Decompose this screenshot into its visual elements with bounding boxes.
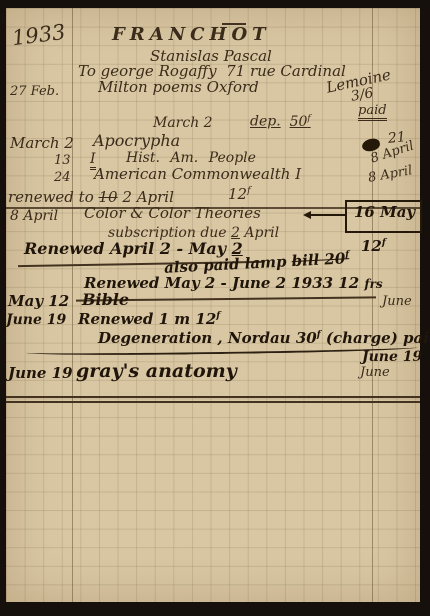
deposit-label: dep.	[250, 114, 281, 130]
entry-return-date: June	[382, 295, 412, 309]
scanned-library-card-photo: 1933 FRANCHOT Stanislas Pascal To george…	[0, 0, 430, 616]
struck-text: bill 20f	[291, 249, 350, 270]
entry-title: gray's anatomy	[76, 362, 237, 382]
library-card: 1933 FRANCHOT Stanislas Pascal To george…	[6, 8, 420, 602]
renewal-amount: 12f	[361, 238, 386, 255]
hand-drawn-line	[26, 343, 418, 356]
surname-overline	[222, 23, 246, 25]
renewal-note: Renewed April 2 - May 2	[24, 241, 243, 258]
renewal-amount: 12f	[228, 186, 251, 203]
entry-title: Bible	[82, 292, 129, 309]
entry-title: Apocrypha	[93, 133, 180, 150]
deposit-note: dep. 50f	[250, 114, 311, 129]
renewal-note: Renewed 1 m 12f	[78, 311, 220, 328]
entry-return-date: June 19	[362, 350, 422, 365]
entry-return-date: June	[360, 366, 390, 380]
first-entry-date: 27 Feb.	[10, 85, 59, 99]
entry-date: June 19	[6, 313, 66, 328]
paid-note: paid	[358, 104, 387, 121]
double-rule-top	[6, 396, 420, 398]
arrow-line	[310, 214, 346, 216]
entry-date: May 12	[8, 294, 69, 310]
entry-title: Degeneration , Nordau 30f (charge) paid	[98, 330, 430, 347]
first-entry-title: Milton poems Oxford	[98, 80, 259, 96]
entry-date: March 2	[10, 136, 74, 152]
entry-date: 24	[54, 171, 71, 185]
entry-title: Color & Color Theories	[84, 206, 261, 222]
surname-label: FRANCHOT	[112, 26, 271, 45]
first-entry-price: 3/6	[350, 86, 375, 104]
entry-return-date: 8 April	[367, 164, 413, 185]
deposit-amount: 50f	[290, 114, 311, 130]
entry-date: June 19	[8, 366, 73, 382]
entry-date: 13	[54, 154, 71, 168]
year-label: 1933	[11, 21, 67, 49]
entry-title: American Commonwealth I	[94, 167, 301, 183]
deposit-date: March 2	[153, 116, 213, 131]
double-rule-bottom	[6, 401, 420, 403]
entry-date: 8 April	[10, 209, 58, 224]
left-column-rule	[72, 8, 73, 602]
entry-return-date: 16 May	[354, 205, 415, 221]
entry-title: Hist. Am. People	[126, 151, 256, 166]
